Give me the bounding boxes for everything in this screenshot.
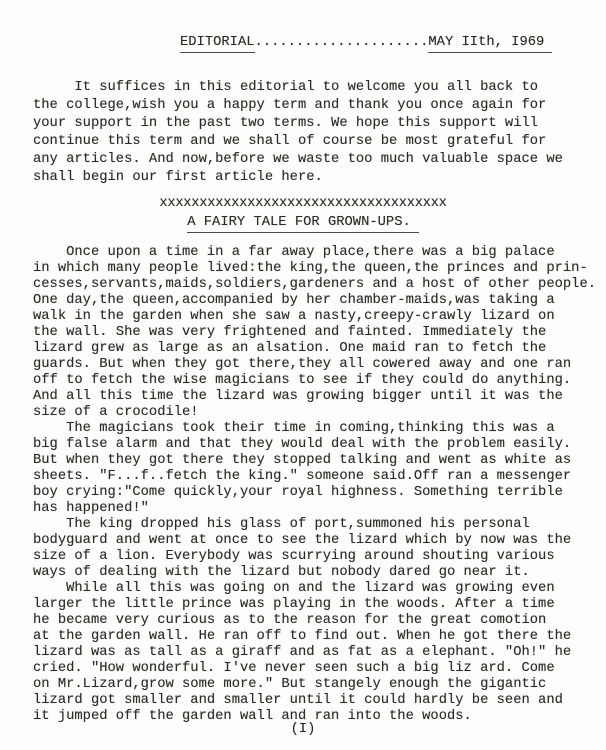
header-date: MAY IIth, I969 bbox=[428, 35, 552, 53]
x-row-divider: xxxxxxxxxxxxxxxxxxxxxxxxxxxxxxxxxxxx bbox=[0, 197, 606, 211]
editorial-paragraph: It suffices in this editorial to welcome… bbox=[33, 79, 563, 187]
scanned-document-page: EDITORIAL.....................MAY IIth, … bbox=[0, 0, 606, 750]
story-heading-row: A FAIRY TALE FOR GROWN-UPS. bbox=[0, 215, 606, 231]
document-header: EDITORIAL.....................MAY IIth, … bbox=[180, 35, 552, 51]
story-heading: A FAIRY TALE FOR GROWN-UPS. bbox=[187, 215, 419, 233]
header-dot-leader: ..................... bbox=[255, 35, 429, 50]
header-title: EDITORIAL bbox=[180, 35, 255, 53]
story-text: Once upon a time in a far away place,the… bbox=[33, 245, 596, 725]
page-number: (I) bbox=[0, 722, 606, 738]
